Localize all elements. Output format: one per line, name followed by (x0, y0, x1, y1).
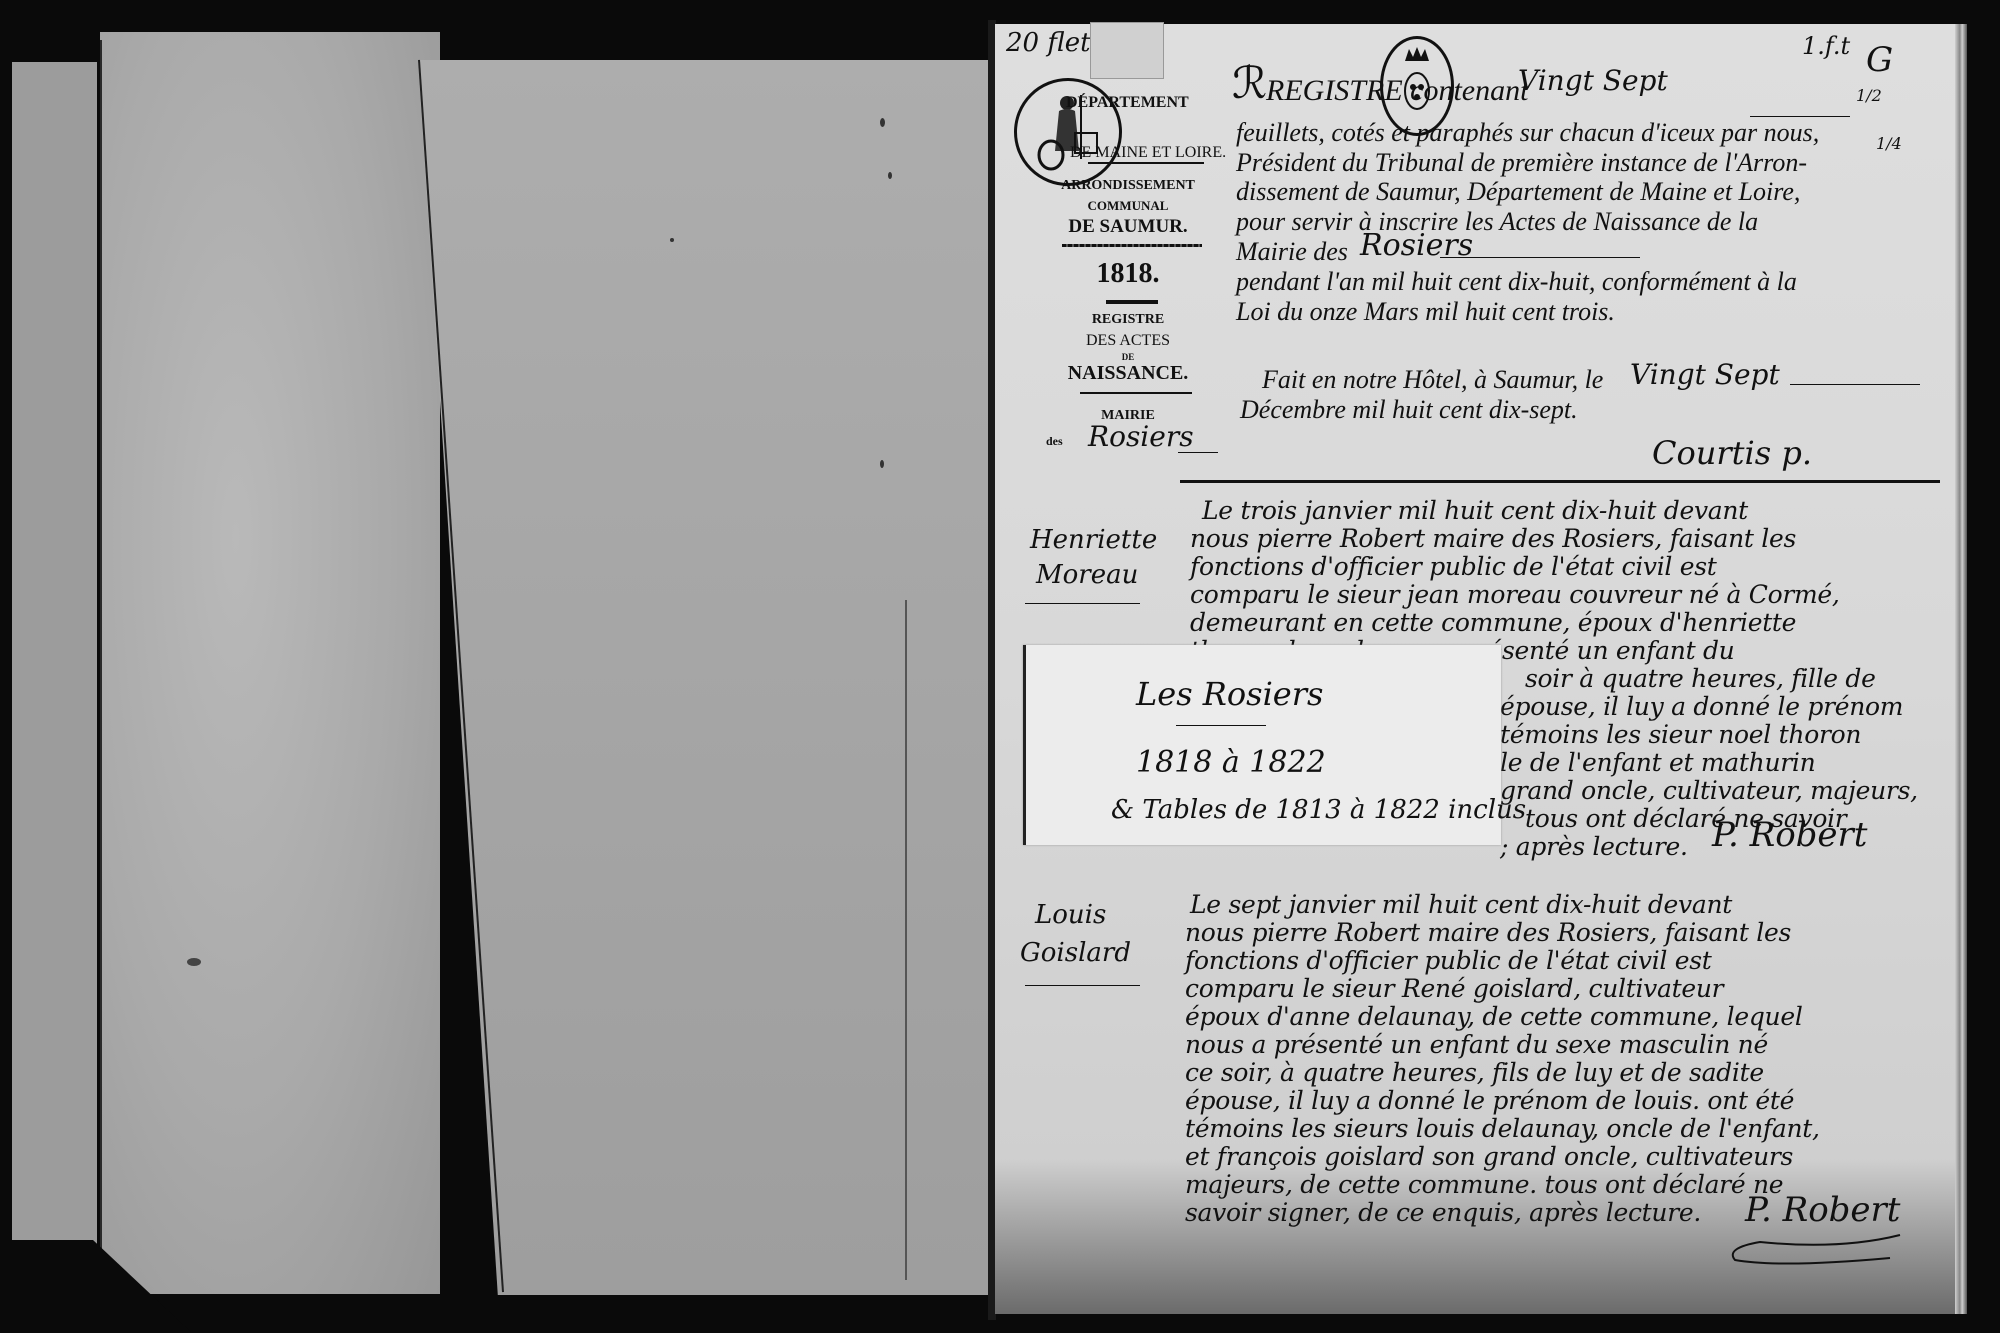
divider (1088, 162, 1204, 164)
communal-label: COMMUNAL (1048, 198, 1208, 214)
act-line: témoins les sieurs louis delaunay, oncle… (1185, 1114, 1820, 1143)
blank-page-strip (12, 62, 97, 1287)
preamble-line-2: feuillets, cotés et paraphés sur chacun … (1236, 118, 1819, 148)
naissance-label: NAISSANCE. (1048, 362, 1208, 385)
act-line: nous pierre Robert maire des Rosiers, fa… (1185, 918, 1791, 947)
section-divider (1180, 480, 1940, 483)
preamble-line-7: pendant l'an mil huit cent dix-huit, con… (1236, 267, 1797, 297)
paper-speck (888, 172, 892, 179)
margin-name-first: Henriette (1030, 525, 1157, 555)
des-label: des (1046, 434, 1063, 449)
attached-index-slip: Les Rosiers 1818 à 1822 & Tables de 1813… (1023, 645, 1501, 845)
maine-et-loire-label: DE MAINE ET LOIRE. (1070, 144, 1226, 162)
act-line: majeurs, de cette commune. tous ont décl… (1185, 1170, 1783, 1199)
departement-label: DÉPARTEMENT (1066, 94, 1189, 112)
act-line: ce soir, à quatre heures, fils de luy et… (1185, 1058, 1764, 1087)
divider (1025, 603, 1140, 604)
act-line: fonctions d'officier public de l'état ci… (1190, 552, 1717, 581)
de-saumur-label: DE SAUMUR. (1048, 216, 1208, 238)
fraction-note-2: 1/4 (1876, 134, 1902, 153)
mayor-signature: P. Robert (1745, 1190, 1900, 1230)
preamble-line-1: REGISTRE contenant (1266, 74, 1528, 108)
act-line: témoins les sieur noel thoron (1500, 720, 1861, 749)
mayor-signature: P. Robert (1712, 815, 1867, 855)
registre-label: REGISTRE (1048, 312, 1208, 328)
year-label: 1818. (1048, 258, 1208, 290)
slip-date-range: 1818 à 1822 (1136, 745, 1326, 780)
signature-flourish-icon (1720, 1230, 1910, 1270)
fraction-note-1: 1/2 (1856, 86, 1882, 105)
act-line: Le sept janvier mil huit cent dix-huit d… (1190, 890, 1732, 919)
page-stack-edge (1955, 24, 1967, 1314)
act-line: et françois goislard son grand oncle, cu… (1185, 1142, 1793, 1171)
preamble-line-5: pour servir à inscrire les Actes de Nais… (1236, 207, 1758, 237)
fait-line-1: Fait en notre Hôtel, à Saumur, le (1262, 365, 1603, 395)
page-marker: 1.f.t (1802, 32, 1850, 60)
divider (1080, 392, 1192, 394)
act-line: le de l'enfant et mathurin (1500, 748, 1815, 777)
page-letter: G (1866, 40, 1893, 80)
arrondissement-label: ARRONDISSEMENT (1048, 178, 1208, 194)
act-line: grand oncle, cultivateur, majeurs, (1500, 776, 1918, 805)
de-label: DE (1048, 352, 1208, 362)
act-line: époux d'anne delaunay, de cette commune,… (1185, 1002, 1803, 1031)
preamble-line-4: dissement de Saumur, Département de Main… (1236, 177, 1800, 207)
fait-line-2: Décembre mil huit cent dix-sept. (1240, 395, 1578, 425)
divider (1025, 985, 1140, 986)
slip-commune: Les Rosiers (1136, 675, 1323, 713)
fill-line (1790, 384, 1920, 385)
ink-blot (187, 958, 201, 966)
divider (1176, 725, 1266, 726)
header-column: DÉPARTEMENT DE MAINE ET LOIRE. ARRONDISS… (1018, 50, 1218, 490)
act-line: fonctions d'officier public de l'état ci… (1185, 946, 1712, 975)
margin-name-last: Goislard (1020, 938, 1131, 968)
des-actes-label: DES ACTES (1048, 332, 1208, 350)
ornamental-divider (1062, 244, 1202, 247)
slip-tables-range: & Tables de 1813 à 1822 inclus (1111, 795, 1526, 825)
blank-flyleaf-right (418, 60, 988, 1295)
act-line: nous pierre Robert maire des Rosiers, fa… (1190, 524, 1796, 553)
act-line: épouse, il luy a donné le prénom de loui… (1185, 1086, 1794, 1115)
paper-speck (670, 238, 674, 242)
blank-flyleaf-left (100, 32, 440, 1294)
fill-line (1750, 116, 1850, 117)
page-edge-line (100, 40, 102, 1290)
paper-speck (880, 118, 885, 127)
divider (1106, 300, 1158, 304)
preamble-line-6: Mairie des (1236, 237, 1348, 267)
act-line: soir à quatre heures, fille de (1525, 664, 1876, 693)
fill-line (1178, 452, 1218, 453)
paper-speck (880, 460, 884, 468)
leaf-count-handwritten: Vingt Sept (1518, 64, 1668, 97)
act-line: épouse, il luy a donné le prénom (1500, 692, 1903, 721)
paper-crease (905, 600, 907, 1280)
preamble-line-3: Président du Tribunal de première instan… (1236, 148, 1807, 178)
act-line: comparu le sieur jean moreau couvreur né… (1190, 580, 1840, 609)
commune-handwritten: Rosiers (1088, 420, 1194, 453)
registre-drop-cap: ℛ (1232, 58, 1267, 109)
date-handwritten: Vingt Sept (1630, 358, 1780, 391)
act-line: ; après lecture. (1500, 832, 1688, 861)
fill-line (1440, 257, 1640, 258)
margin-name-first: Louis (1035, 900, 1106, 930)
preamble-line-8: Loi du onze Mars mil huit cent trois. (1236, 297, 1615, 327)
president-signature: Courtis p. (1652, 434, 1812, 472)
act-line: Le trois janvier mil huit cent dix-huit … (1202, 496, 1748, 525)
act-line: nous a présenté un enfant du sexe mascul… (1185, 1030, 1768, 1059)
act-line: savoir signer, de ce enquis, après lectu… (1185, 1198, 1701, 1227)
act-line: comparu le sieur René goislard, cultivat… (1185, 974, 1723, 1003)
act-line: demeurant en cette commune, époux d'henr… (1190, 608, 1796, 637)
margin-name-last: Moreau (1036, 560, 1138, 590)
